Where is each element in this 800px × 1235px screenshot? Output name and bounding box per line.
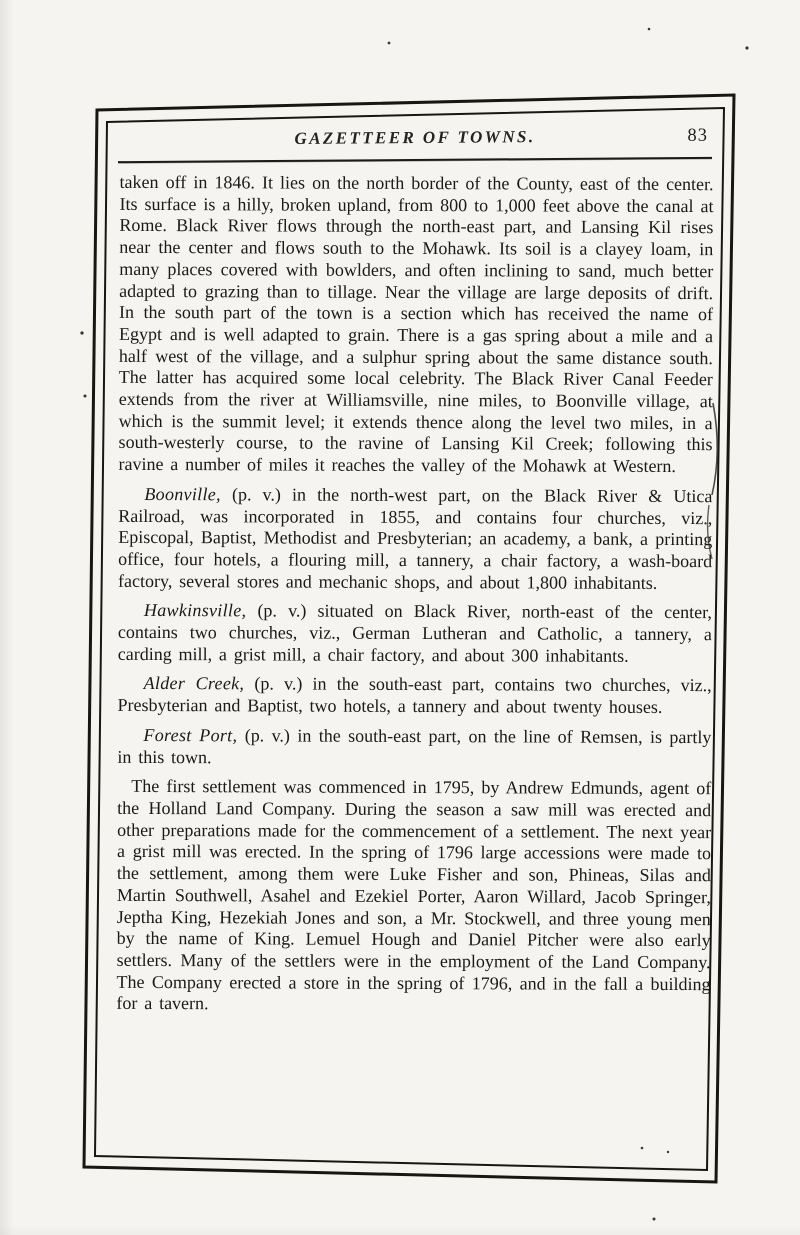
page-content: GAZETTEER OF TOWNS. 83 taken off in 1846… [118, 128, 712, 1016]
scan-speck [648, 28, 651, 31]
body-paragraph: taken off in 1846. It lies on the north … [118, 172, 713, 478]
body-paragraph: Hawkinsville, (p. v.) situated on Black … [118, 600, 712, 667]
body-paragraph: Forest Port, (p. v.) in the south-east p… [117, 725, 711, 771]
place-name: Boonville, [144, 484, 221, 504]
body-text: taken off in 1846. It lies on the north … [116, 172, 713, 1017]
body-paragraph: Alder Creek, (p. v.) in the south-east p… [118, 673, 712, 719]
page-title: GAZETTEER OF TOWNS. [294, 127, 535, 148]
scan-artifact [712, 403, 717, 495]
body-paragraph: Boonville, (p. v.) in the north-west par… [118, 484, 712, 595]
scan-speck [80, 331, 83, 334]
scan-speck [388, 42, 391, 45]
scan-speck [641, 1147, 644, 1150]
place-name: Alder Creek, [144, 673, 245, 693]
paragraph-text: The first settlement was commenced in 17… [116, 776, 711, 1013]
body-paragraph: The first settlement was commenced in 17… [116, 776, 711, 1017]
place-name: Forest Port, [143, 725, 237, 745]
scan-speck [745, 46, 748, 49]
page-number: 83 [687, 126, 708, 147]
place-name: Hawkinsville, [144, 600, 246, 620]
scan-speck [653, 1218, 656, 1221]
scan-speck [84, 395, 87, 398]
paragraph-text: taken off in 1846. It lies on the north … [118, 172, 713, 476]
scan-speck [667, 1151, 669, 1153]
header-rule [118, 157, 712, 163]
running-header: GAZETTEER OF TOWNS. 83 [118, 126, 712, 157]
